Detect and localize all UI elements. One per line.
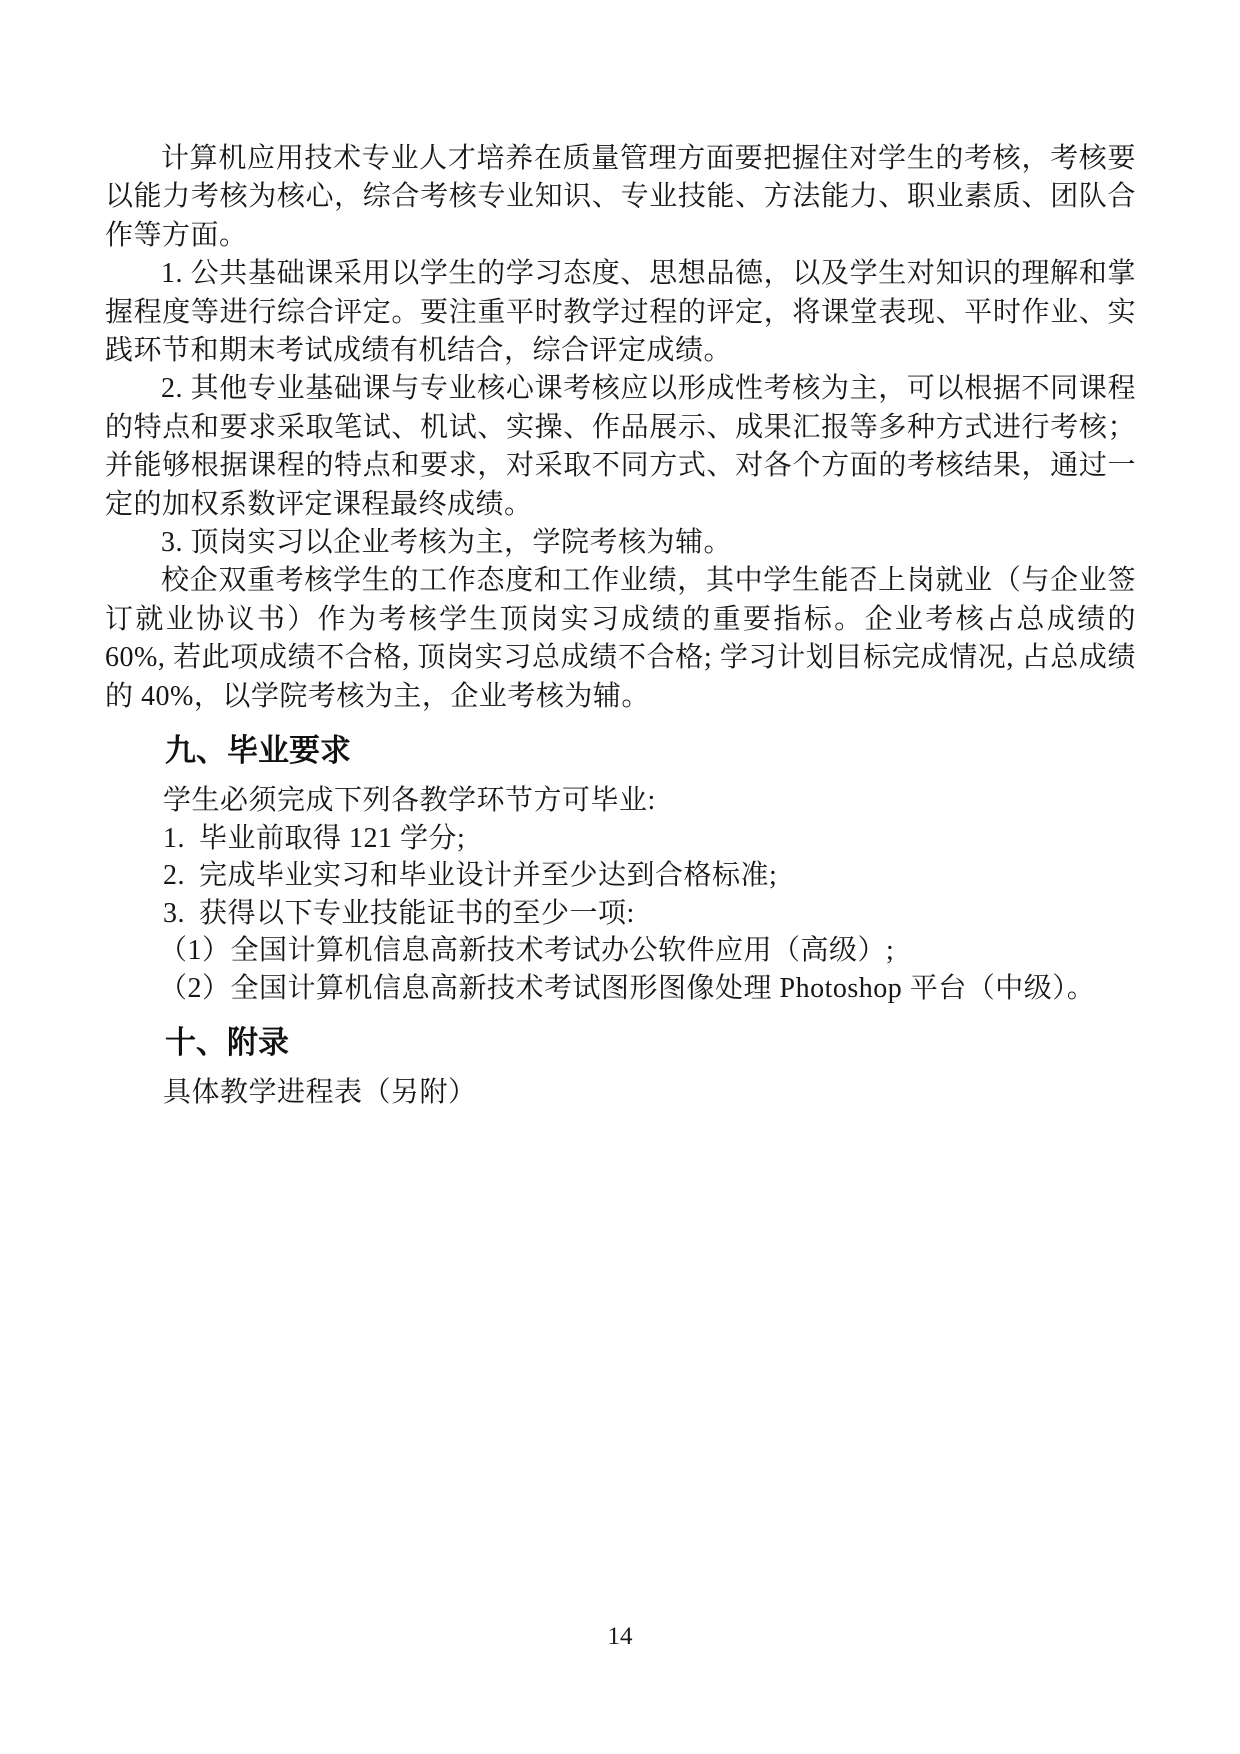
page-number: 14	[0, 1620, 1240, 1654]
paragraph-professional-courses: 2. 其他专业基础课与专业核心课考核应以形成性考核为主，可以根据不同课程的特点和…	[105, 370, 1136, 524]
graduation-intro-line: 学生必须完成下列各教学环节方可毕业:	[105, 782, 1136, 820]
graduation-item-3: 3.获得以下专业技能证书的至少一项:	[105, 895, 1136, 933]
paragraph-assessment-overview: 计算机应用技术专业人才培养在质量管理方面要把握住对学生的考核，考核要以能力考核为…	[105, 140, 1136, 255]
graduation-item-1-number: 1.	[163, 820, 199, 858]
graduation-item-1: 1.毕业前取得 121 学分;	[105, 820, 1136, 858]
paragraph-dual-assessment: 校企双重考核学生的工作态度和工作业绩，其中学生能否上岗就业（与企业签订就业协议书…	[105, 562, 1136, 716]
certificate-option-1: （1）全国计算机信息高新技术考试办公软件应用（高级）;	[105, 932, 1136, 970]
graduation-item-2: 2.完成毕业实习和毕业设计并至少达到合格标准;	[105, 857, 1136, 895]
certificate-option-2: （2）全国计算机信息高新技术考试图形图像处理 Photoshop 平台（中级）。	[105, 970, 1136, 1008]
paragraph-internship-assessment: 3. 顶岗实习以企业考核为主，学院考核为辅。	[105, 524, 1136, 562]
appendix-body-line: 具体教学进程表（另附）	[105, 1074, 1136, 1112]
graduation-item-2-number: 2.	[163, 857, 199, 895]
section-heading-graduation-requirements: 九、毕业要求	[105, 730, 1136, 772]
graduation-item-2-text: 完成毕业实习和毕业设计并至少达到合格标准;	[199, 860, 777, 891]
section-heading-appendix: 十、附录	[105, 1022, 1136, 1064]
graduation-item-3-text: 获得以下专业技能证书的至少一项:	[199, 898, 635, 929]
document-page: 计算机应用技术专业人才培养在质量管理方面要把握住对学生的考核，考核要以能力考核为…	[0, 0, 1240, 1754]
paragraph-public-basic-courses: 1. 公共基础课采用以学生的学习态度、思想品德，以及学生对知识的理解和掌握程度等…	[105, 255, 1136, 370]
graduation-item-1-text: 毕业前取得 121 学分;	[199, 823, 465, 854]
graduation-item-3-number: 3.	[163, 895, 199, 933]
